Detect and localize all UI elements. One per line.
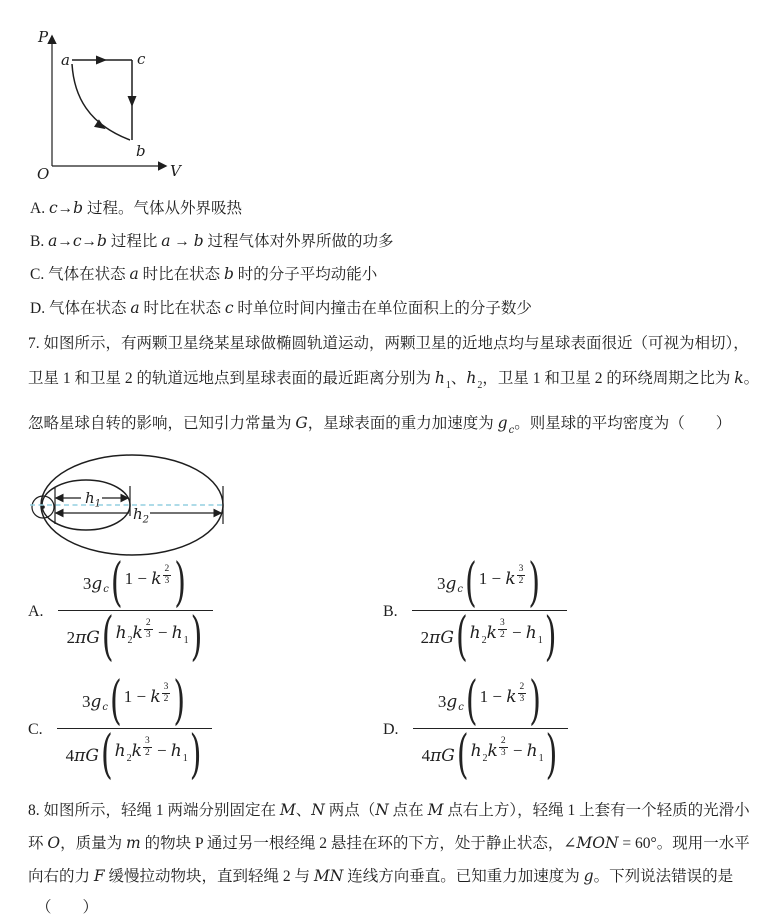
big-paren: ( [465,558,477,611]
fraction: 3gc(1 − k32)2πG(h2k32 − h1) [412,558,568,665]
h1-label: h1 [85,489,101,510]
exponent-fraction: 23 [518,682,527,705]
big-paren: ) [528,558,540,611]
big-paren: ( [456,612,468,665]
exponent-fraction: 32 [143,736,152,759]
option-a-formula: 3gc(1 − k23)2πG(h2k23 − h1) [58,558,214,665]
option-a-label: A. [28,603,44,621]
pv-label-p: P [37,28,49,46]
pv-label-o: O [37,165,49,183]
big-paren: ( [466,676,478,729]
q8-stem-line-3: 向右的力 F 缓慢拉动物块，直到轻绳 2 与 MN 连线方向垂直。已知重力加速度… [28,865,733,888]
exponent-fraction: 23 [163,564,172,587]
q7-stem-line-2: 卫星 1 和卫星 2 的轨道远地点到星球表面的最近距离分别为 h1、h2，卫星 … [28,367,759,392]
option-b-label: B. [383,603,398,621]
fraction: 3gc(1 − k23)4πG(h2k23 − h1) [413,676,569,783]
exponent-fraction: 32 [162,682,171,705]
pv-label-b: b [136,142,146,160]
big-paren: ( [101,730,113,783]
fraction: 3gc(1 − k32)4πG(h2k32 − h1) [57,676,213,783]
q7-stem-line-3: 忽略星球自转的影响，已知引力常量为 G，星球表面的重力加速度为 gc。则星球的平… [28,412,731,437]
option-c-label: C. [28,721,43,739]
q7-option-a: A. 3gc(1 − k23)2πG(h2k23 − h1) [28,558,213,665]
big-paren: ( [111,558,123,611]
pv-diagram: P O V a c b [36,24,186,192]
numerator: 3gc(1 − k32) [428,558,551,610]
pv-label-v: V [170,162,183,180]
big-paren: ) [546,730,558,783]
numerator: 3gc(1 − k23) [74,558,197,610]
q7-option-b: B. 3gc(1 − k32)2πG(h2k32 − h1) [383,558,567,665]
q6-option-a: A. c→b 过程。气体从外界吸热 [30,197,242,220]
q8-answer-brackets: （ ） [36,897,98,919]
denominator: 2πG(h2k32 − h1) [412,610,568,665]
pv-arrow-a-b [94,119,108,133]
option-d-label: D. [383,721,399,739]
big-paren: ) [173,676,185,729]
exponent-fraction: 23 [144,618,153,641]
fraction: 3gc(1 − k23)2πG(h2k23 − h1) [58,558,214,665]
option-c-formula: 3gc(1 − k32)4πG(h2k32 − h1) [57,676,213,783]
big-paren: ) [545,612,557,665]
h2-label: h2 [133,505,149,526]
numerator: 3gc(1 − k32) [73,676,196,728]
q6-option-b: B. a→c→b 过程比 a → b 过程气体对外界所做的功多 [30,230,394,253]
denominator: 4πG(h2k23 − h1) [413,728,569,783]
q7-option-d: D. 3gc(1 − k23)4πG(h2k23 − h1) [383,676,568,783]
orbit-diagram: h1 h2 [22,450,237,568]
big-paren: ) [191,612,203,665]
option-b-formula: 3gc(1 − k32)2πG(h2k32 − h1) [412,558,568,665]
big-paren: ( [102,612,114,665]
pv-arrow-a-c [96,56,107,65]
denominator: 4πG(h2k32 − h1) [57,728,213,783]
exponent-fraction: 32 [498,618,507,641]
numerator: 3gc(1 − k23) [429,676,552,728]
pv-label-a: a [61,51,70,69]
big-paren: ( [457,730,469,783]
big-paren: ) [190,730,202,783]
big-paren: ( [110,676,122,729]
exponent-fraction: 32 [517,564,526,587]
q7-option-c: C. 3gc(1 − k32)4πG(h2k32 − h1) [28,676,212,783]
pv-label-c: c [137,50,146,68]
q7-stem-line-1: 7. 如图所示，有两颗卫星绕某星球做椭圆轨道运动，两颗卫星的近地点均与星球表面很… [28,333,749,355]
big-paren: ) [529,676,541,729]
q8-stem-line-1: 8. 如图所示，轻绳 1 两端分别固定在 M、N 两点（N 点在 M 点右上方）… [28,799,750,822]
q6-option-c: C. 气体在状态 a 时比在状态 b 时的分子平均动能小 [30,263,377,286]
big-paren: ) [174,558,186,611]
exam-page: P O V a c b A. c→b 过程。气体从外界吸热 B. a→c→b 过… [0,0,762,922]
option-d-formula: 3gc(1 − k23)4πG(h2k23 − h1) [413,676,569,783]
denominator: 2πG(h2k23 − h1) [58,610,214,665]
q6-option-d: D. 气体在状态 a 时比在状态 c 时单位时间内撞击在单位面积上的分子数少 [30,297,532,320]
pv-curve-a-b [72,64,130,140]
pv-arrow-c-b [128,96,137,107]
planet-center-dot [41,505,45,509]
exponent-fraction: 23 [499,736,508,759]
q8-stem-line-2: 环 O，质量为 m 的物块 P 通过另一根经绳 2 悬挂在环的下方，处于静止状态… [28,832,750,855]
